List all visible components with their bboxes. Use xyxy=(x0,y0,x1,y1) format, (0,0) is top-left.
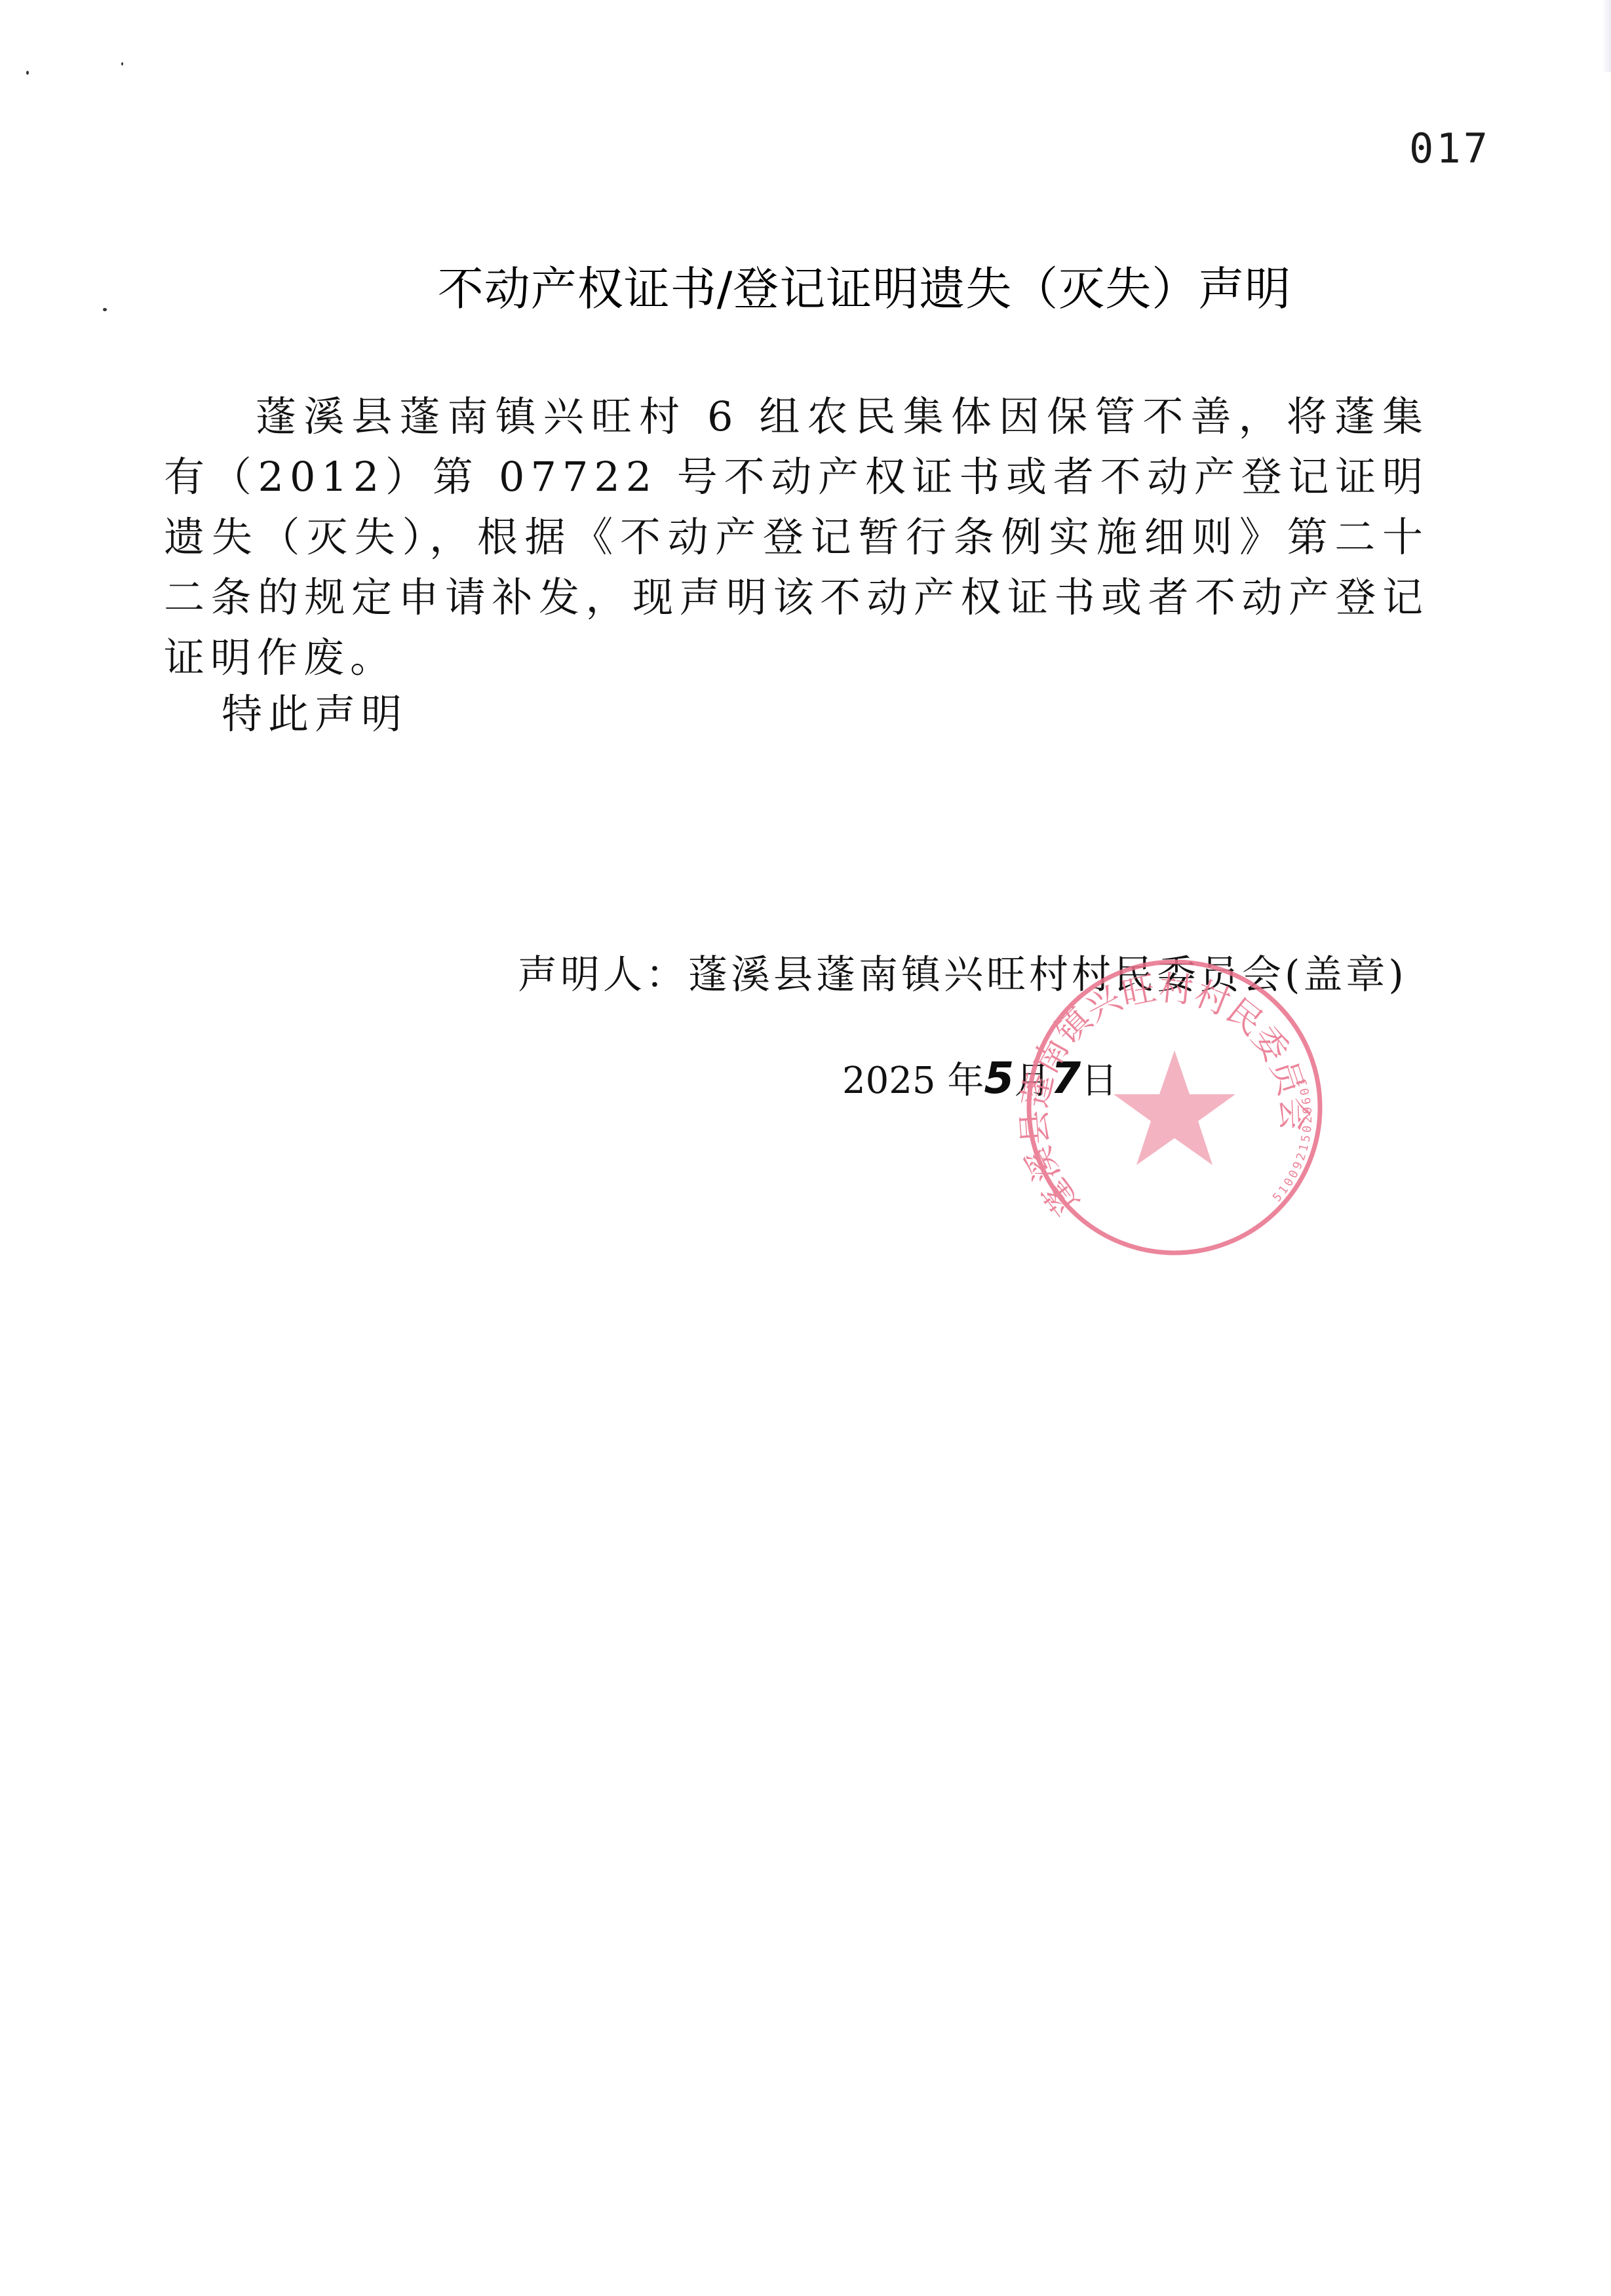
page-number: 017 xyxy=(1409,124,1490,172)
date-year-unit: 年 xyxy=(936,1060,984,1102)
closing-statement: 特此声明 xyxy=(222,681,408,740)
date-month-handwritten: 5 xyxy=(984,1053,1014,1103)
seal-note: (盖章) xyxy=(1285,952,1407,998)
scan-edge-shadow xyxy=(1602,0,1611,72)
declaration-date: 2025 年5月7日 xyxy=(842,1052,1117,1104)
date-year: 2025 xyxy=(842,1060,936,1102)
date-month-unit: 月 xyxy=(1014,1060,1051,1102)
date-day-unit: 日 xyxy=(1081,1060,1117,1102)
document-page: 017 不动产权证书/登记证明遗失（灭失）声明 蓬溪县蓬南镇兴旺村 6 组农民集… xyxy=(0,0,1611,2296)
declaration-paragraph: 蓬溪县蓬南镇兴旺村 6 组农民集体因保管不善，将蓬集有（2012）第 07722… xyxy=(164,387,1429,688)
document-title: 不动产权证书/登记证明遗失（灭失）声明 xyxy=(0,252,1611,318)
declarant-line: 声明人：蓬溪县蓬南镇兴旺村村民委员会(盖章) xyxy=(518,944,1407,1000)
seal-code-text: 51009215029603 xyxy=(1270,1075,1315,1205)
date-day-handwritten: 7 xyxy=(1051,1053,1081,1103)
declarant-name: 蓬溪县蓬南镇兴旺村村民委员会 xyxy=(688,952,1285,998)
declarant-label: 声明人： xyxy=(518,952,688,998)
star-icon xyxy=(1114,1050,1235,1165)
declaration-body: 蓬溪县蓬南镇兴旺村 6 组农民集体因保管不善，将蓬集有（2012）第 07722… xyxy=(164,387,1429,688)
seal-outer-ring xyxy=(1029,962,1320,1253)
